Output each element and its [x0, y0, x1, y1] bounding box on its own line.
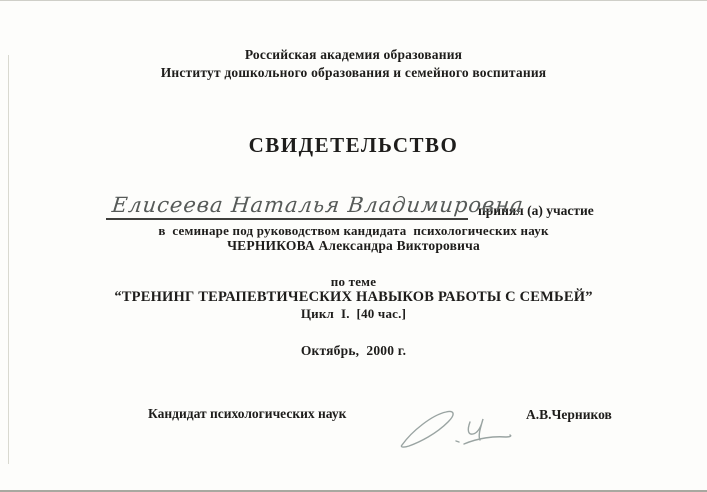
certificate-title: СВИДЕТЕЛЬСТВО: [0, 133, 707, 158]
participant-name-underline: Елисеева Наталья Владимировна: [106, 186, 468, 220]
handwritten-signature-icon: [396, 403, 518, 455]
scan-edge-left: [8, 55, 9, 464]
certificate-scan-page: Российская академия образования Институт…: [0, 0, 707, 492]
scan-edge-top: [0, 0, 707, 1]
cycle-info: Цикл I. [40 час.]: [0, 306, 707, 322]
certificate-date: Октябрь, 2000 г.: [0, 343, 707, 359]
topic-title: “ТРЕНИНГ ТЕРАПЕВТИЧЕСКИХ НАВЫКОВ РАБОТЫ …: [0, 289, 707, 306]
issuer-line-1: Российская академия образования: [0, 47, 707, 63]
seminar-leader: ЧЕРНИКОВА Александра Викторовича: [0, 238, 707, 254]
participant-name-row: Елисеева Наталья Владимировна принял (а)…: [106, 186, 594, 220]
topic-label: по теме: [0, 274, 707, 290]
signer-name: А.В.Черников: [526, 407, 612, 423]
seminar-text: в семинаре под руководством кандидата пс…: [0, 223, 707, 239]
issuer-line-2: Институт дошкольного образования и семей…: [0, 65, 707, 81]
signer-title: Кандидат психологических наук: [148, 406, 346, 422]
participant-name-handwritten: Елисеева Наталья Владимировна: [105, 193, 525, 218]
